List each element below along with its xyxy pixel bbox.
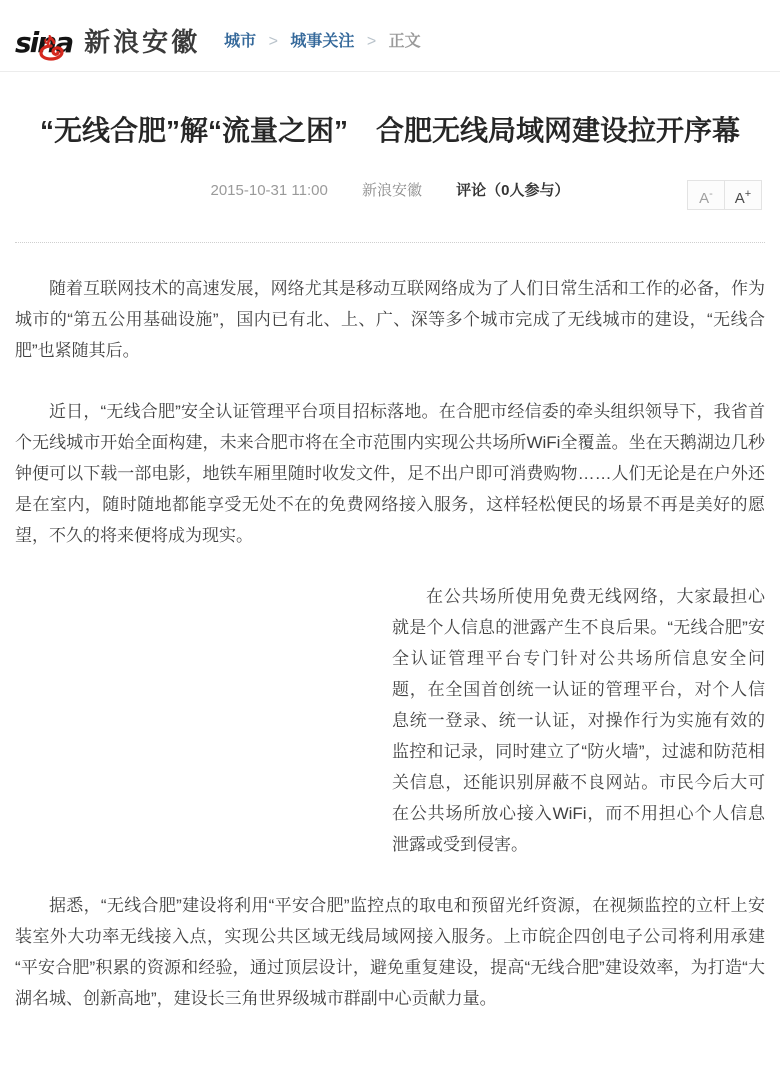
plus-icon: + [745, 188, 751, 200]
breadcrumb: 城市 > 城事关注 > 正文 [224, 28, 421, 71]
font-size-controls: A- A+ [687, 180, 762, 210]
publish-date: 2015-10-31 11:00 [210, 182, 327, 199]
source-link[interactable]: 新浪安徽 [362, 182, 422, 199]
page: sina 新浪安徽 城市 > 城事关注 > 正文 “无线合肥”解“流量之困” 合… [0, 0, 780, 1077]
font-increase-button[interactable]: A+ [724, 180, 762, 210]
breadcrumb-current: 正文 [389, 33, 421, 50]
comments-link[interactable]: 评论（0人参与） [456, 182, 569, 199]
sina-logo[interactable]: sina 新浪安徽 [15, 29, 200, 71]
article-image-placeholder [15, 557, 392, 889]
site-header: sina 新浪安徽 城市 > 城事关注 > 正文 [0, 0, 780, 72]
paragraph-4: 据悉，“无线合肥”建设将利用“平安合肥”监控点的取电和预留光纤资源，在视频监控的… [15, 890, 765, 1014]
article-title: “无线合肥”解“流量之困” 合肥无线局域网建设拉开序幕 [15, 112, 765, 150]
paragraph-2: 近日，“无线合肥”安全认证管理平台项目招标落地。在合肥市经信委的牵头组织领导下，… [15, 396, 765, 551]
site-name: 新浪安徽 [84, 29, 200, 55]
breadcrumb-link-city-news[interactable]: 城事关注 [290, 33, 354, 50]
breadcrumb-link-city[interactable]: 城市 [224, 33, 256, 50]
font-decrease-button[interactable]: A- [687, 180, 725, 210]
font-decrease-label: A [699, 190, 709, 207]
paragraph-1: 随着互联网技术的高速发展，网络尤其是移动互联网络成为了人们日常生活和工作的必备，… [15, 273, 765, 366]
font-increase-label: A [735, 190, 745, 207]
minus-icon: - [709, 188, 713, 200]
article: “无线合肥”解“流量之困” 合肥无线局域网建设拉开序幕 2015-10-31 1… [0, 112, 780, 1014]
sina-flame-icon [37, 35, 67, 66]
article-body: 随着互联网技术的高速发展，网络尤其是移动互联网络成为了人们日常生活和工作的必备，… [15, 273, 765, 1014]
breadcrumb-separator: > [367, 33, 376, 50]
meta-divider [15, 242, 765, 243]
article-meta: 2015-10-31 11:00 新浪安徽 评论（0人参与） A- A+ [15, 174, 765, 216]
breadcrumb-separator: > [269, 33, 278, 50]
